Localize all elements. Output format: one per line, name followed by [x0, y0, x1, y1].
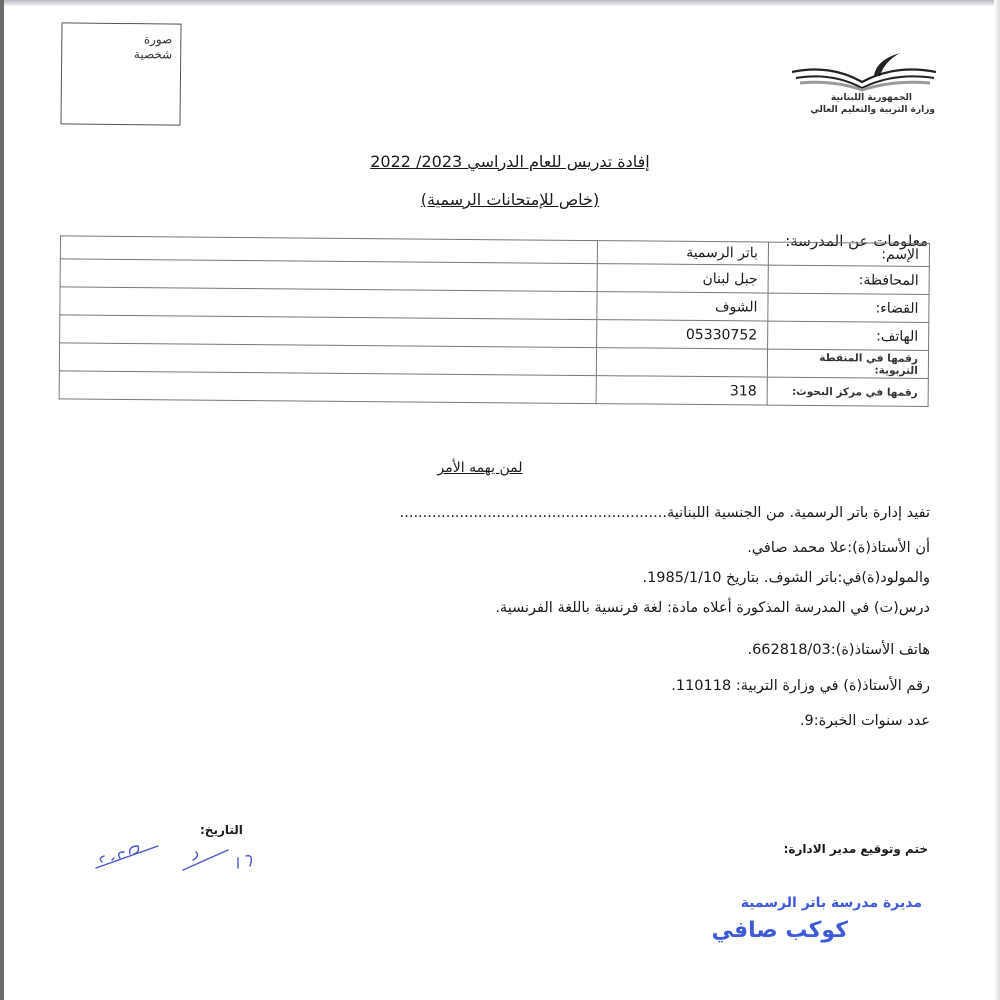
body-line-experience: عدد سنوات الخبرة:9.: [800, 713, 930, 729]
body-line-birth: والمولود(ة)في:باتر الشوف. بتاريخ 1985/1/…: [642, 570, 930, 586]
photo-placeholder-box: صورة شخصية: [60, 22, 181, 125]
body-line-intro: تفيد إدارة باتر الرسمية. من الجنسية اللب…: [400, 505, 930, 521]
scan-edge-right: [994, 0, 1000, 1000]
stamp-signature-label: ختم وتوقيع مدير الادارة:: [784, 842, 928, 856]
field-label-phone: الهاتف:: [768, 321, 929, 350]
school-info-table: الإسم: باتر الرسمية المحافظة: جبل لبنان …: [59, 235, 930, 407]
principal-stamp-name: كوكب صافي: [711, 918, 848, 943]
field-label-name: الإسم:: [768, 242, 929, 266]
field-value-governorate: جبل لبنان: [597, 264, 768, 293]
field-label-edu-zone-number: رقمها في المنقطة التربوية:: [767, 349, 928, 378]
open-book-icon: [790, 50, 940, 92]
field-value-phone: 05330752: [597, 320, 768, 349]
field-value-name: باتر الرسمية: [597, 241, 768, 265]
dotted-fill: ........................................…: [400, 505, 667, 521]
date-label: التاريخ:: [200, 823, 243, 837]
field-value-research-center-number: 318: [596, 376, 767, 405]
document-title: إفادة تدريس للعام الدراسي 2023/ 2022: [340, 152, 680, 171]
logo-republic-text: الجمهورية اللبنانية: [831, 93, 912, 103]
body-line-teacher-name: أن الأستاذ(ة):علا محمد صافي.: [747, 540, 930, 556]
logo-ministry-text: وزارة التربية والتعليم العالي: [810, 105, 935, 115]
photo-label-line2: شخصية: [134, 47, 172, 62]
field-value-district: الشوف: [597, 292, 768, 321]
scan-edge-left: [0, 0, 4, 1000]
field-label-governorate: المحافظة:: [768, 265, 929, 294]
handwritten-date: ١٦ / ٦ / ٢٠٢٣: [88, 838, 268, 878]
body-line-ministry-number: رقم الأستاذ(ة) في وزارة التربية: 110118.: [671, 678, 930, 694]
intro-text: تفيد إدارة باتر الرسمية. من الجنسية اللب…: [667, 505, 930, 521]
field-label-research-center-number: رقمها في مركز البحوث:: [767, 377, 928, 406]
body-line-subject: درس(ت) في المدرسة المذكورة أعلاه مادة: ل…: [495, 600, 930, 616]
field-label-district: القضاء:: [768, 293, 929, 322]
empty-cell: [59, 371, 596, 404]
body-line-teacher-phone: هاتف الأستاذ(ة):662818/03.: [747, 642, 930, 658]
to-whom-it-may-concern-heading: لمن يهمه الأمر: [415, 460, 545, 476]
document-subtitle: (خاص للإمتحانات الرسمية): [340, 190, 680, 209]
ministry-logo: الجمهورية اللبنانية وزارة التربية والتعل…: [790, 50, 940, 115]
photo-placeholder-label: صورة شخصية: [134, 32, 173, 62]
principal-stamp-title: مديرة مدرسة باتر الرسمية: [741, 895, 922, 911]
field-value-edu-zone-number: [596, 348, 767, 377]
scan-edge-top: [0, 0, 1000, 6]
photo-label-line1: صورة: [134, 32, 172, 47]
